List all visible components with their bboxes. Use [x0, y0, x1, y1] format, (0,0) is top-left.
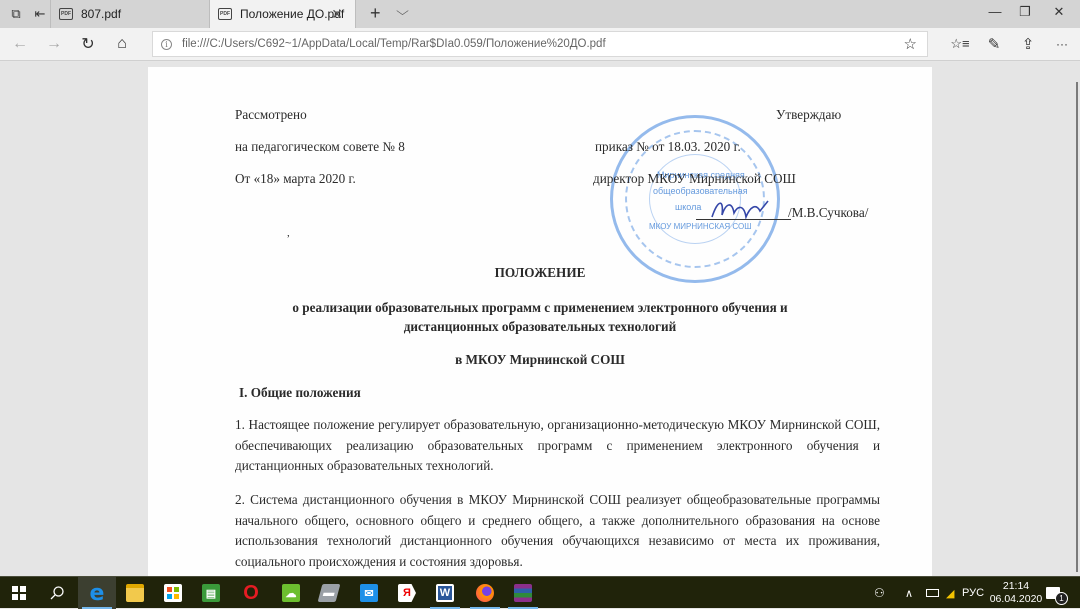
vertical-scrollbar[interactable]: [1076, 82, 1078, 572]
show-hidden-icons-chevron-icon[interactable]: ∧: [905, 577, 913, 608]
search-icon: [49, 585, 65, 601]
people-icon[interactable]: ⚇: [874, 577, 885, 608]
wifi-warning-icon[interactable]: ◢: [946, 577, 954, 608]
opera-icon: O: [242, 584, 260, 602]
taskbar-yandex[interactable]: Я: [388, 577, 426, 608]
home-button[interactable]: ⌂: [110, 34, 134, 54]
store-bag-icon: [164, 584, 182, 602]
forward-button[interactable]: →: [42, 34, 66, 54]
share-icon[interactable]: ⇪: [1016, 34, 1040, 54]
tab-menu-chevron-icon[interactable]: ⌵: [396, 4, 409, 19]
order-line: приказ № от 18.03. 2020 г.: [595, 139, 741, 155]
taskbar-firefox[interactable]: [466, 577, 504, 608]
windows-start-button[interactable]: [0, 577, 38, 608]
notification-count-badge: 1: [1055, 592, 1068, 605]
address-bar[interactable]: i file:///C:/Users/C692~1/AppData/Local/…: [152, 31, 928, 57]
tab-preview-icon[interactable]: ⧉: [6, 4, 26, 24]
director-name: /М.В.Сучкова/: [788, 205, 868, 221]
favorite-star-icon[interactable]: ☆: [904, 35, 917, 53]
tab-polozhenie-pdf[interactable]: PDF Положение ДО.pdf ✕: [210, 0, 356, 28]
paragraph-1: 1. Настоящее положение регулирует образо…: [235, 415, 880, 477]
tab-bar: ⧉ ⇤ PDF 807.pdf PDF Положение ДО.pdf ✕ +…: [0, 0, 1080, 28]
director-line: директор МКОУ Мирнинской СОШ: [593, 171, 796, 187]
taskbar-word[interactable]: W: [426, 577, 464, 608]
taskbar-winrar[interactable]: [504, 577, 542, 608]
taskbar-green-reader[interactable]: ▤: [192, 577, 230, 608]
paragraph-2: 2. Система дистанционного обучения в МКО…: [235, 490, 880, 572]
mail-icon: ✉: [360, 584, 378, 602]
notes-pen-icon[interactable]: ✎: [982, 34, 1006, 54]
restore-button[interactable]: ❐: [1010, 4, 1040, 20]
document-title: ПОЛОЖЕНИЕ: [148, 265, 932, 281]
close-window-button[interactable]: ✕: [1044, 4, 1074, 20]
pdf-file-icon: PDF: [59, 8, 73, 20]
tab-label: 807.pdf: [81, 7, 121, 21]
language-indicator[interactable]: РУС: [962, 577, 984, 608]
info-icon[interactable]: i: [161, 39, 172, 50]
stray-mark: ,: [287, 227, 290, 239]
url-text[interactable]: file:///C:/Users/C692~1/AppData/Local/Te…: [182, 38, 606, 50]
taskbar-scanner[interactable]: ▬: [310, 577, 348, 608]
navigation-bar: ← → ↻ ⌂ i file:///C:/Users/C692~1/AppDat…: [0, 28, 1080, 61]
back-button[interactable]: ←: [8, 34, 32, 54]
taskbar-opera[interactable]: O: [232, 577, 270, 608]
council-line: на педагогическом совете № 8: [235, 139, 405, 155]
document-subtitle-1: о реализации образовательных программ с …: [148, 300, 932, 316]
firefox-icon: [476, 584, 494, 602]
date-line: От «18» марта 2020 г.: [235, 171, 356, 187]
tab-807-pdf[interactable]: PDF 807.pdf: [50, 0, 210, 28]
close-tab-icon[interactable]: ✕: [331, 6, 343, 23]
search-button[interactable]: [38, 577, 76, 608]
winrar-icon: [514, 584, 532, 602]
time: 21:14: [986, 580, 1046, 593]
battery-icon[interactable]: [926, 577, 939, 608]
more-menu-icon[interactable]: ···: [1050, 34, 1074, 54]
section-heading: I. Общие положения: [239, 385, 361, 401]
date: 06.04.2020: [986, 593, 1046, 606]
taskbar-edge[interactable]: e: [78, 577, 116, 608]
taskbar-cloud-app[interactable]: ☁: [272, 577, 310, 608]
minimize-button[interactable]: —: [980, 4, 1010, 19]
signature-line: [696, 219, 791, 220]
word-icon: W: [436, 584, 454, 602]
taskbar-mail[interactable]: ✉: [350, 577, 388, 608]
reader-icon: ▤: [202, 584, 220, 602]
taskbar: e ▤ O ☁ ▬ ✉ Я W ⚇ ∧ ◢ РУС: [0, 576, 1080, 608]
windows-logo-icon: [11, 585, 27, 601]
tab-label: Положение ДО.pdf: [240, 7, 344, 21]
favorites-list-icon[interactable]: ☆≡: [948, 34, 972, 54]
approve-label: Утверждаю: [776, 107, 841, 123]
reviewed-label: Рассмотрено: [235, 107, 307, 123]
taskbar-store[interactable]: [154, 577, 192, 608]
edge-icon: e: [88, 584, 106, 602]
stamp-text: школа: [675, 202, 701, 212]
clock[interactable]: 21:14 06.04.2020: [986, 580, 1046, 606]
document-subtitle-2: дистанционных образовательных технологий: [148, 319, 932, 335]
notifications-icon: 1: [1046, 587, 1060, 599]
new-tab-button[interactable]: +: [370, 3, 381, 24]
action-center-button[interactable]: 1: [1046, 577, 1060, 608]
signature-icon: [708, 195, 778, 225]
document-subtitle-3: в МКОУ Мирнинской СОШ: [148, 352, 932, 368]
yandex-icon: Я: [398, 584, 416, 602]
set-aside-tabs-icon[interactable]: ⇤: [30, 4, 50, 24]
pdf-viewer: Рассмотрено на педагогическом совете № 8…: [0, 62, 1080, 576]
refresh-button[interactable]: ↻: [76, 34, 100, 54]
taskbar-file-explorer[interactable]: [116, 577, 154, 608]
folder-icon: [126, 584, 144, 602]
cloud-icon: ☁: [282, 584, 300, 602]
pdf-page: Рассмотрено на педагогическом совете № 8…: [148, 67, 932, 576]
scanner-icon: ▬: [318, 584, 341, 602]
pdf-file-icon: PDF: [218, 8, 232, 20]
